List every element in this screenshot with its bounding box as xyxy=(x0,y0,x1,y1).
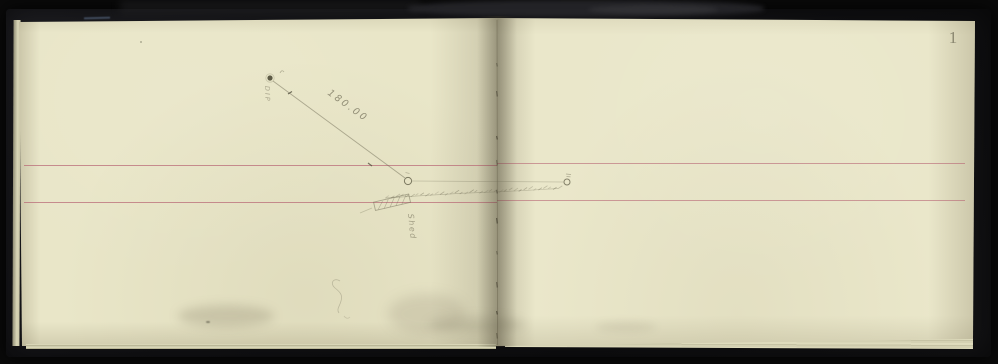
gutter-shadow xyxy=(477,16,517,347)
page-number: 1 xyxy=(941,28,965,48)
page-edge-stack-left xyxy=(12,20,20,346)
cover-sheen xyxy=(120,0,420,14)
right-page-shading xyxy=(497,15,976,349)
graphite-smudge xyxy=(428,317,524,332)
rule-line-left-bottom xyxy=(24,202,497,203)
rule-line-right-bottom xyxy=(497,200,965,201)
graphite-smudge xyxy=(178,305,274,327)
rule-line-left-top xyxy=(24,165,497,166)
ink-speck xyxy=(206,321,210,323)
ink-speck xyxy=(140,41,142,43)
rule-line-right-top xyxy=(497,163,965,164)
scanned-notebook-photo: DIP 180.00 Shed 1 xyxy=(0,0,998,364)
right-page xyxy=(497,15,976,349)
page-edge-stack-bottom-left xyxy=(26,344,496,349)
graphite-smudge xyxy=(596,322,656,332)
spine-cloth-highlight xyxy=(588,5,718,14)
